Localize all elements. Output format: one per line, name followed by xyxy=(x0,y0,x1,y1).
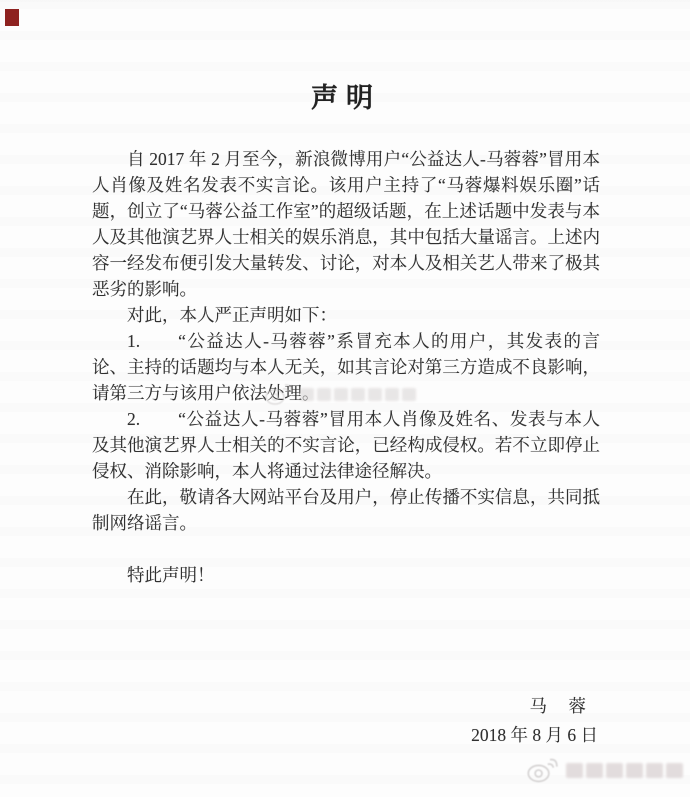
signature-block: 马 蓉 2018 年 8 月 6 日 xyxy=(92,692,600,750)
watermark-bottom-right xyxy=(526,756,683,784)
watermark-middle xyxy=(264,382,416,406)
item-1-number: 1. xyxy=(127,331,178,351)
paragraph-appeal: 在此，敬请各大网站平台及用户，停止传播不实信息，共同抵制网络谣言。 xyxy=(92,484,600,536)
item-2-number: 2. xyxy=(127,409,178,429)
signature-date: 2018 年 8 月 6 日 xyxy=(92,721,600,750)
paragraph-closing: 特此声明！ xyxy=(92,562,600,588)
weibo-eye-icon xyxy=(526,756,558,784)
paragraph-intro: 自 2017 年 2 月至今，新浪微博用户“公益达人-马蓉蓉”冒用本人肖像及姓名… xyxy=(92,146,600,302)
document-title: 声明 xyxy=(92,84,600,112)
statement-document: 声明 自 2017 年 2 月至今，新浪微博用户“公益达人-马蓉蓉”冒用本人肖像… xyxy=(92,84,600,750)
red-marker xyxy=(5,9,19,26)
paragraph-declare-lead: 对此，本人严正声明如下： xyxy=(92,302,600,328)
watermark-middle-text xyxy=(300,388,416,401)
watermark-bottom-text xyxy=(566,763,683,778)
signature-name: 马 蓉 xyxy=(92,692,600,721)
weibo-eye-icon xyxy=(264,382,292,406)
paragraph-item-2: 2.“公益达人-马蓉蓉”冒用本人肖像及姓名、发表与本人及其他演艺界人士相关的不实… xyxy=(92,406,600,484)
